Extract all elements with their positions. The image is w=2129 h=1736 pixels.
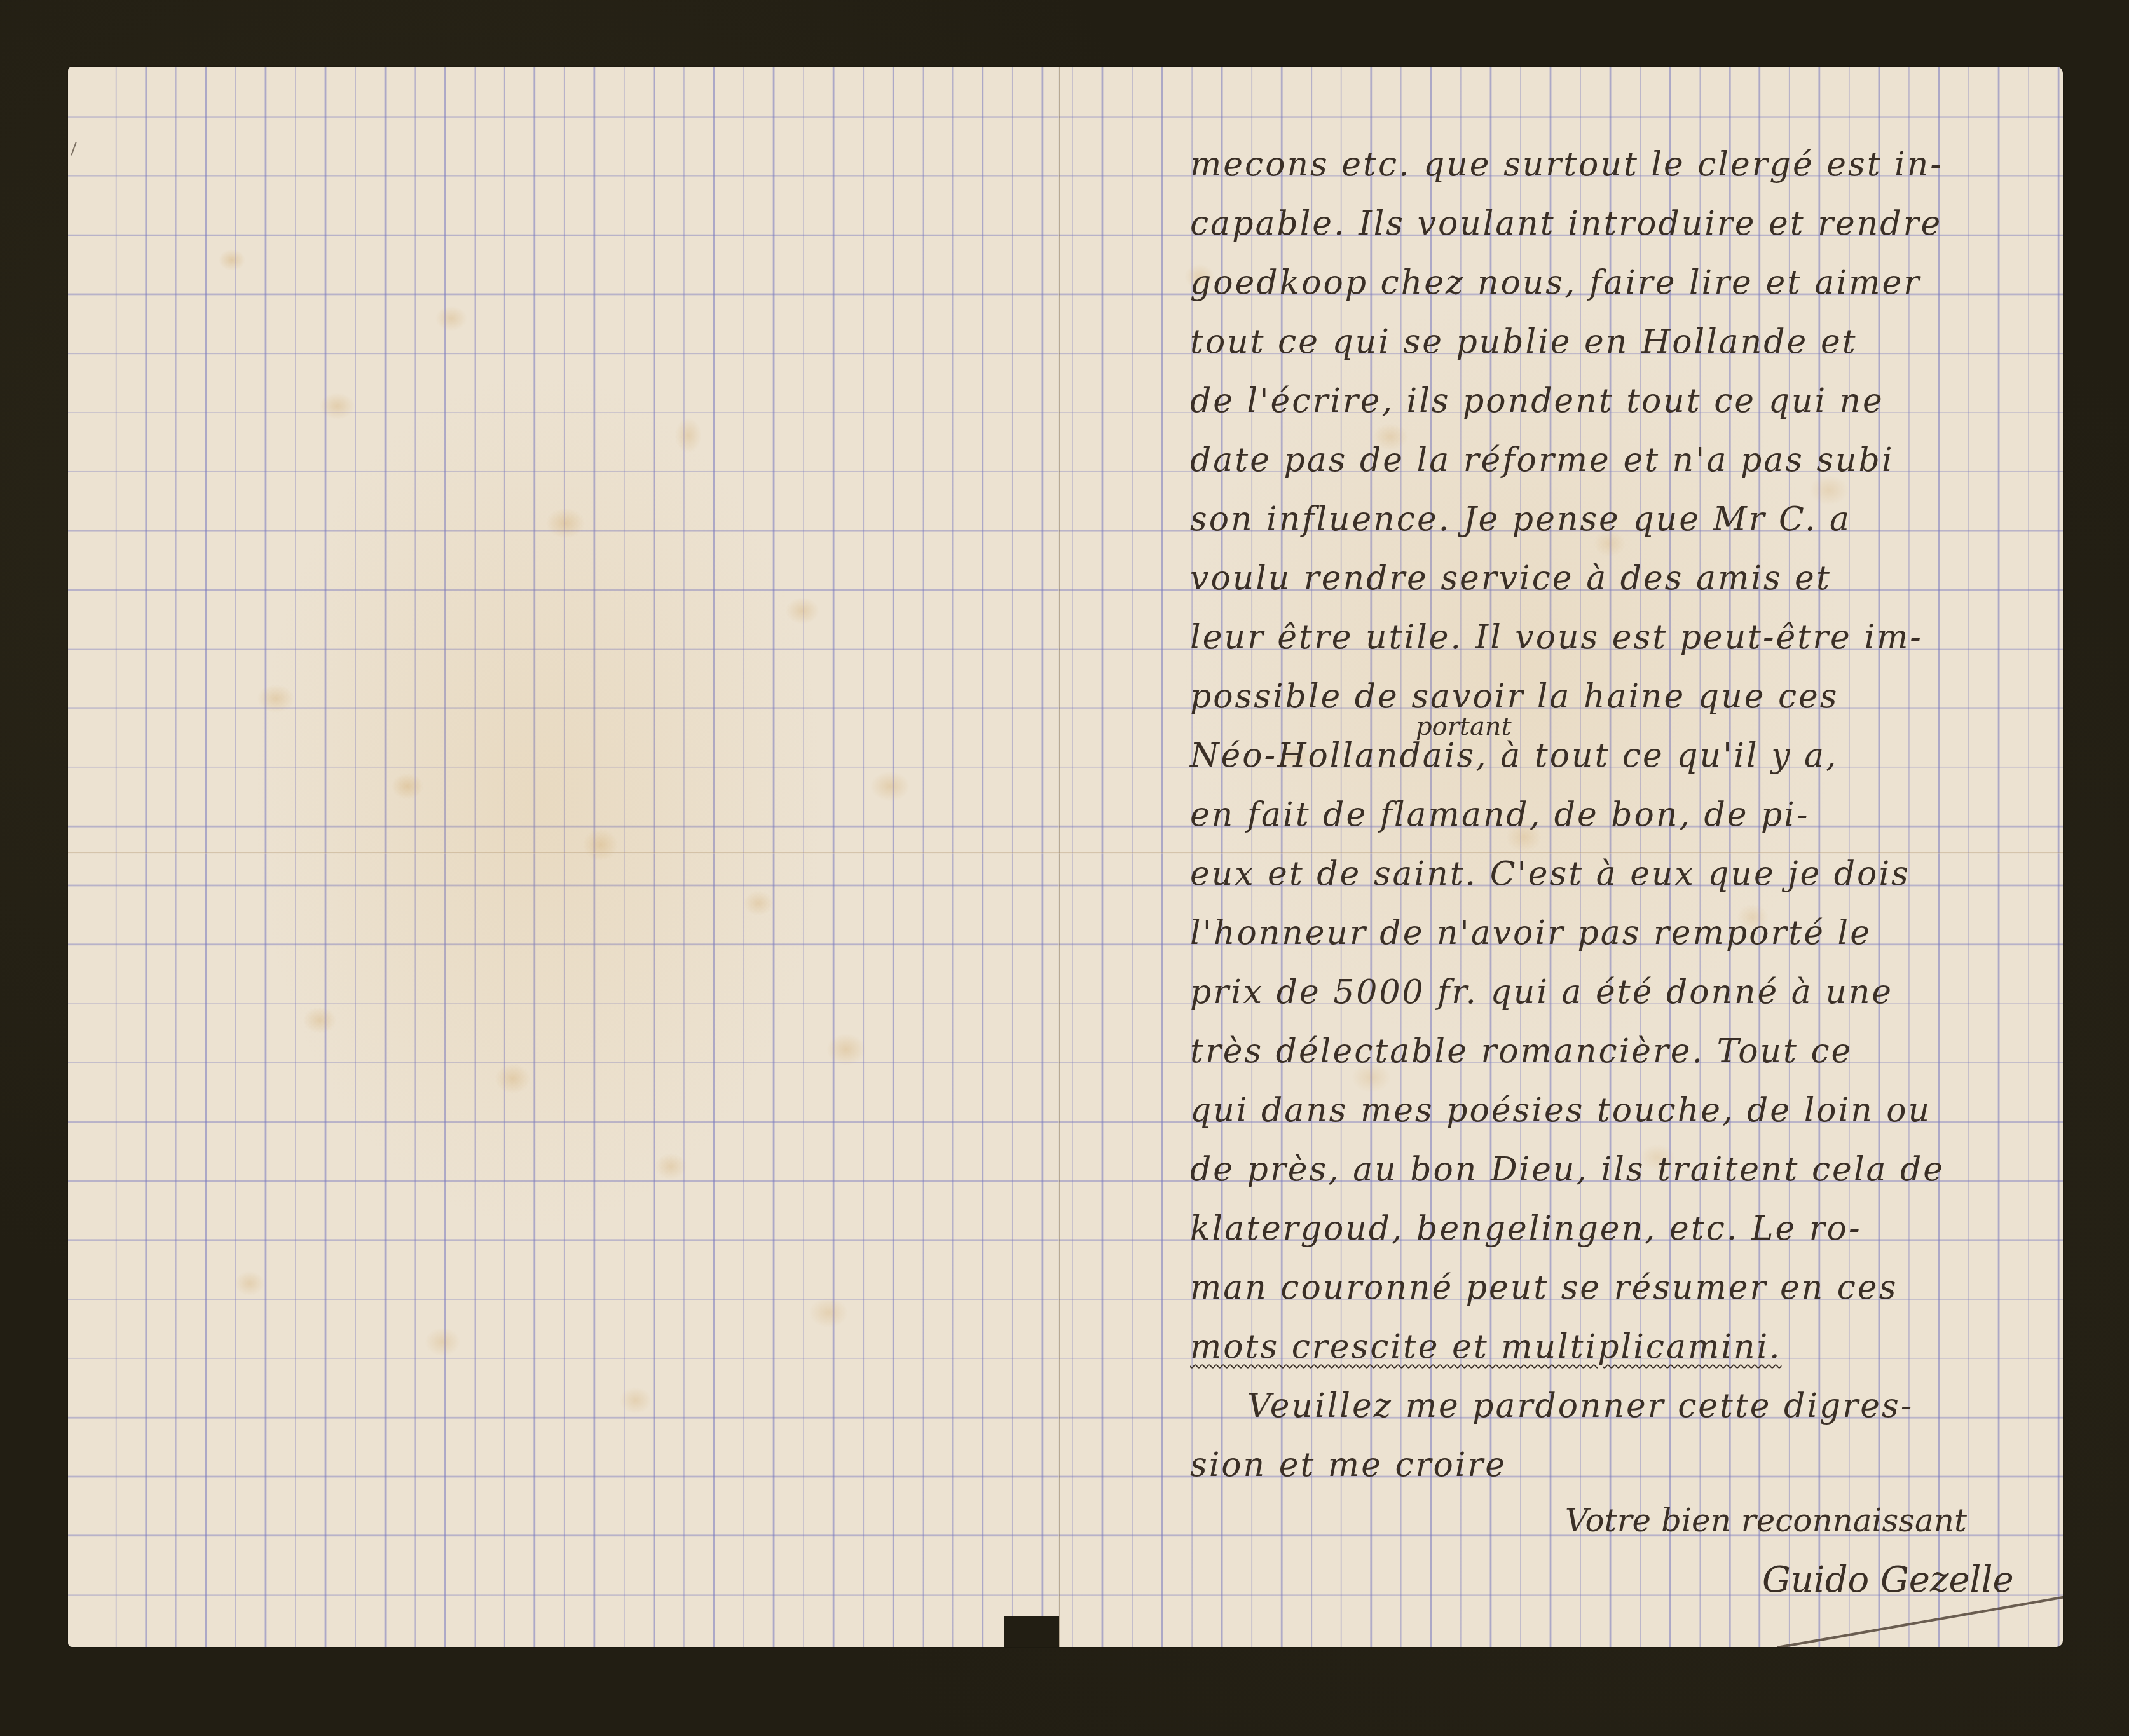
letter-line: prix de 5000 fr. qui a été donné à une — [1190, 976, 1893, 1009]
letter-line: de près, au bon Dieu, ils traitent cela … — [1190, 1153, 1945, 1186]
letter-line: eux et de saint. C'est à eux que je dois — [1190, 858, 1910, 891]
letter-line: mecons etc. que surtout le clergé est in… — [1190, 148, 1943, 181]
center-fold — [1058, 67, 1060, 1647]
letter-line: son influence. Je pense que Mr C. a — [1190, 503, 1851, 536]
letter-line: tout ce qui se publie en Hollande et — [1190, 325, 1858, 359]
letter-line: qui dans mes poésies touche, de loin ou — [1190, 1094, 1931, 1127]
letter-line: voulu rendre service à des amis et — [1190, 562, 1831, 595]
signature: Guido Gezelle — [1762, 1559, 2014, 1601]
foxing-stains-left — [144, 143, 1022, 1605]
closing-line: sion et me croire — [1190, 1449, 1507, 1482]
letter-line: capable. Ils voulant introduire et rendr… — [1190, 207, 1942, 240]
letter-sheet: mecons etc. que surtout le clergé est in… — [68, 67, 2063, 1647]
letter-line: leur être utile. Il vous est peut-être i… — [1190, 621, 1923, 654]
letter-line: Néo-Hollandais, à tout ce qu'il y a, — [1190, 739, 1838, 772]
letter-line: de l'écrire, ils pondent tout ce qui ne — [1190, 385, 1884, 418]
letter-line: klatergoud, bengelingen, etc. Le ro- — [1190, 1212, 1862, 1245]
edge-tear-mark — [71, 142, 76, 155]
letter-line: goedkoop chez nous, faire lire et aimer — [1190, 266, 1921, 299]
letter-line: très délectable romancière. Tout ce — [1190, 1035, 1852, 1068]
signature-flourish — [1777, 1596, 2063, 1647]
valediction: Votre bien reconnaissant — [1565, 1502, 1967, 1539]
letter-line: en fait de flamand, de bon, de pi- — [1190, 798, 1810, 831]
letter-line-underlined: mots crescite et multiplicamini. — [1190, 1330, 1782, 1364]
right-page-handwriting: mecons etc. que surtout le clergé est in… — [1190, 67, 2055, 1647]
torn-notch — [1004, 1616, 1059, 1647]
letter-line: date pas de la réforme et n'a pas subi — [1190, 444, 1894, 477]
letter-line: l'honneur de n'avoir pas remporté le — [1190, 917, 1872, 950]
letter-line: man couronné peut se résumer en ces — [1190, 1271, 1898, 1304]
closing-line: Veuillez me pardonner cette digres- — [1247, 1390, 1913, 1423]
letter-line: possible de savoir la haine que ces — [1190, 680, 1839, 713]
